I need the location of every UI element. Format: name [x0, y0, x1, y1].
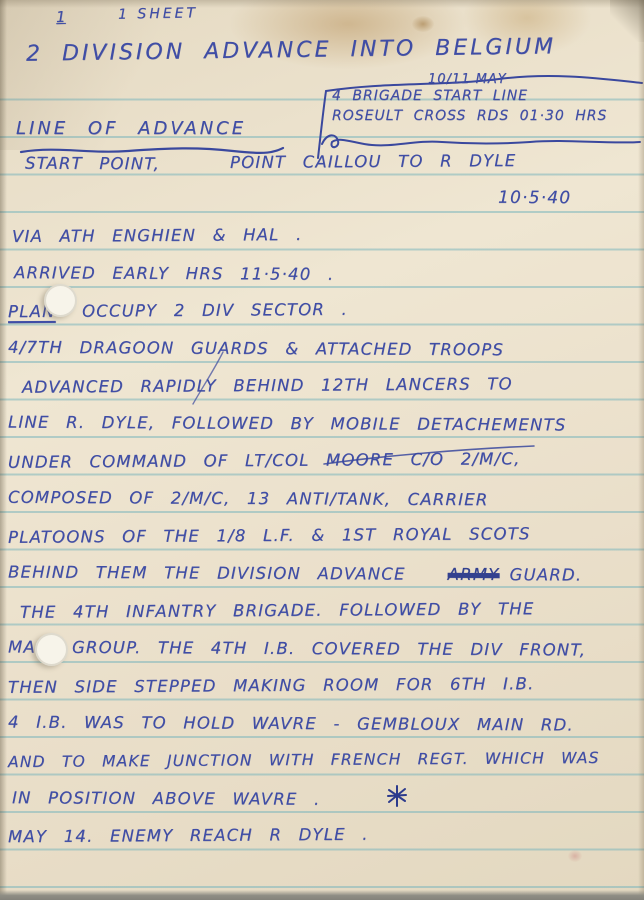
handwritten-line: PLATOONS OF THE 1/8 L.F. & 1ST ROYAL SCO…: [8, 524, 531, 547]
date-note: 10·5·40: [498, 188, 571, 208]
handwritten-line: AND TO MAKE JUNCTION WITH FRENCH REGT. W…: [8, 749, 600, 771]
handwritten-line: THEN SIDE STEPPED MAKING ROOM FOR 6TH I.…: [8, 674, 535, 697]
handwritten-line: MAIN GROUP. THE 4TH I.B. COVERED THE DIV…: [8, 637, 586, 659]
advance-guard-pre: BEHIND THEM THE DIVISION ADVANCE: [8, 562, 406, 583]
annotation-line-2: ROSEULT CROSS RDS 01·30 HRS: [332, 108, 607, 124]
annotation-line-1: 4 BRIGADE START LINE: [332, 88, 528, 104]
scanned-document-page: 1 1 SHEET 2 DIVISION ADVANCE INTO BELGIU…: [0, 0, 644, 900]
asterisk-mark: [386, 785, 408, 807]
handwritten-line: COMPOSED OF 2/M/C, 13 ANTI/TANK, CARRIER: [8, 488, 489, 510]
start-point-value: POINT CAILLOU TO R DYLE: [230, 151, 516, 172]
plan-rest: OCCUPY 2 DIV SECTOR .: [82, 300, 348, 321]
annotation-date: 10/11 MAY: [428, 72, 507, 87]
page-edge-top: [0, 0, 644, 8]
page-edge-right: [638, 0, 644, 900]
page-corner-crease: [610, 0, 644, 42]
section-heading: LINE OF ADVANCE: [16, 118, 246, 139]
hole-punch: [35, 633, 68, 666]
page-edge-bottom: [0, 890, 644, 900]
route-line: VIA ATH ENGHIEN & HAL .: [12, 225, 303, 246]
page-number: 1: [56, 8, 66, 26]
handwritten-line: MAY 14. ENEMY REACH R DYLE .: [8, 825, 369, 847]
advance-guard-line: BEHIND THEM THE DIVISION ADVANCEARMYGUAR…: [8, 562, 582, 584]
handwritten-line: ADVANCED RAPIDLY BEHIND 12TH LANCERS TO: [22, 374, 513, 396]
crossed-out-word: ARMY: [448, 565, 500, 584]
handwritten-line: THE 4TH INFANTRY BRIGADE. FOLLOWED BY TH…: [20, 599, 535, 622]
hole-punch: [44, 284, 77, 317]
paper-stain: [568, 850, 582, 862]
handwritten-line: 4 I.B. WAS TO HOLD WAVRE - GEMBLOUX MAIN…: [8, 713, 574, 735]
handwritten-line: IN POSITION ABOVE WAVRE .: [12, 788, 321, 809]
handwritten-line: 4/7TH DRAGOON GUARDS & ATTACHED TROOPS: [8, 338, 504, 360]
pen-flourish: [322, 444, 537, 466]
arrived-line: ARRIVED EARLY HRS 11·5·40 .: [14, 263, 334, 284]
pen-slip-stroke: [190, 350, 226, 406]
advance-guard-post: GUARD.: [509, 565, 582, 584]
paper-stain: [412, 16, 434, 32]
page-edge-left: [0, 0, 7, 900]
handwritten-line: LINE R. DYLE, FOLLOWED BY MOBILE DETACHE…: [8, 413, 567, 435]
start-point-label: START POINT,: [25, 154, 160, 174]
